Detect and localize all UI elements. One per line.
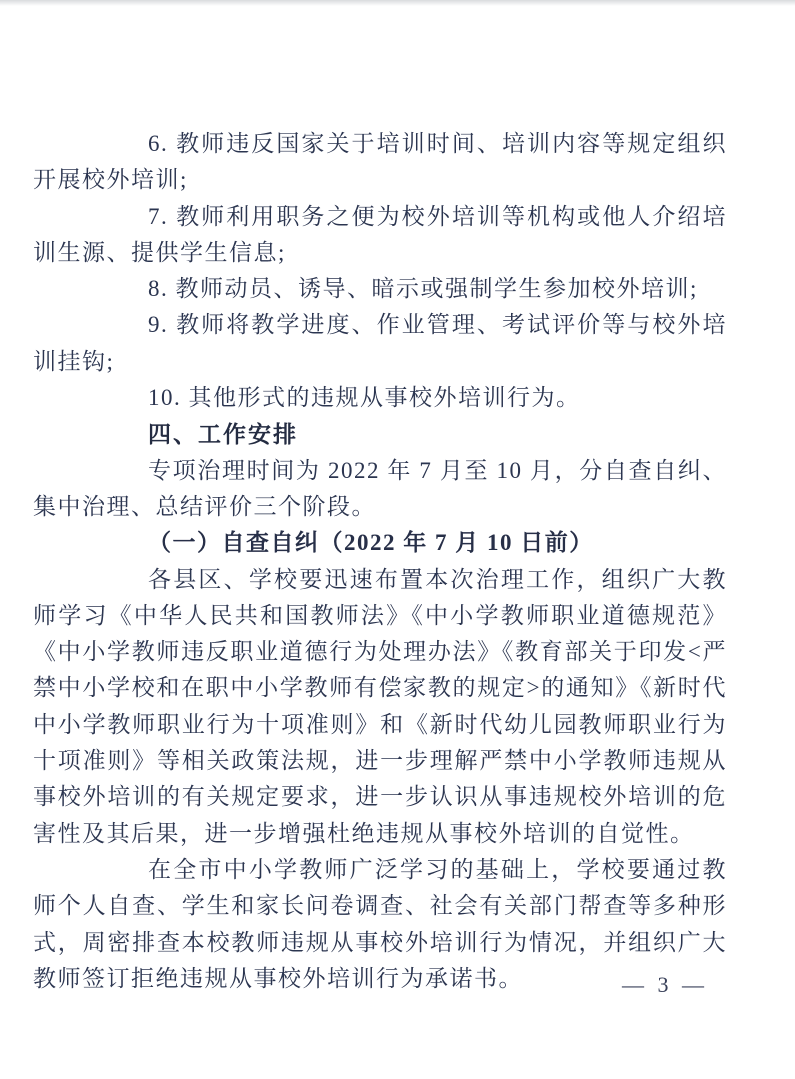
paragraph-schedule: 专项治理时间为 2022 年 7 月至 10 月，分自查自纠、集中治理、总结评价…: [33, 453, 727, 526]
list-item-9: 9. 教师将教学进度、作业管理、考试评价等与校外培训挂钩;: [33, 307, 727, 380]
list-item-8: 8. 教师动员、诱导、暗示或强制学生参加校外培训;: [33, 271, 727, 307]
document-body: 6. 教师违反国家关于培训时间、培训内容等规定组织开展校外培训; 7. 教师利用…: [33, 126, 727, 997]
list-item-6: 6. 教师违反国家关于培训时间、培训内容等规定组织开展校外培训;: [33, 126, 727, 199]
subsection-heading-self-inspection: （一）自查自纠（2022 年 7 月 10 日前）: [33, 525, 727, 561]
document-page: 6. 教师违反国家关于培训时间、培训内容等规定组织开展校外培训; 7. 教师利用…: [0, 0, 795, 1079]
list-item-7: 7. 教师利用职务之便为校外培训等机构或他人介绍培训生源、提供学生信息;: [33, 199, 727, 272]
page-number: — 3 —: [600, 972, 730, 998]
list-item-10: 10. 其他形式的违规从事校外培训行为。: [33, 380, 727, 416]
paragraph-policy-study: 各县区、学校要迅速布置本次治理工作，组织广大教师学习《中华人民共和国教师法》《中…: [33, 562, 727, 852]
scan-shadow-top-edge: [0, 0, 795, 6]
section-heading-work-arrangement: 四、工作安排: [33, 416, 727, 452]
